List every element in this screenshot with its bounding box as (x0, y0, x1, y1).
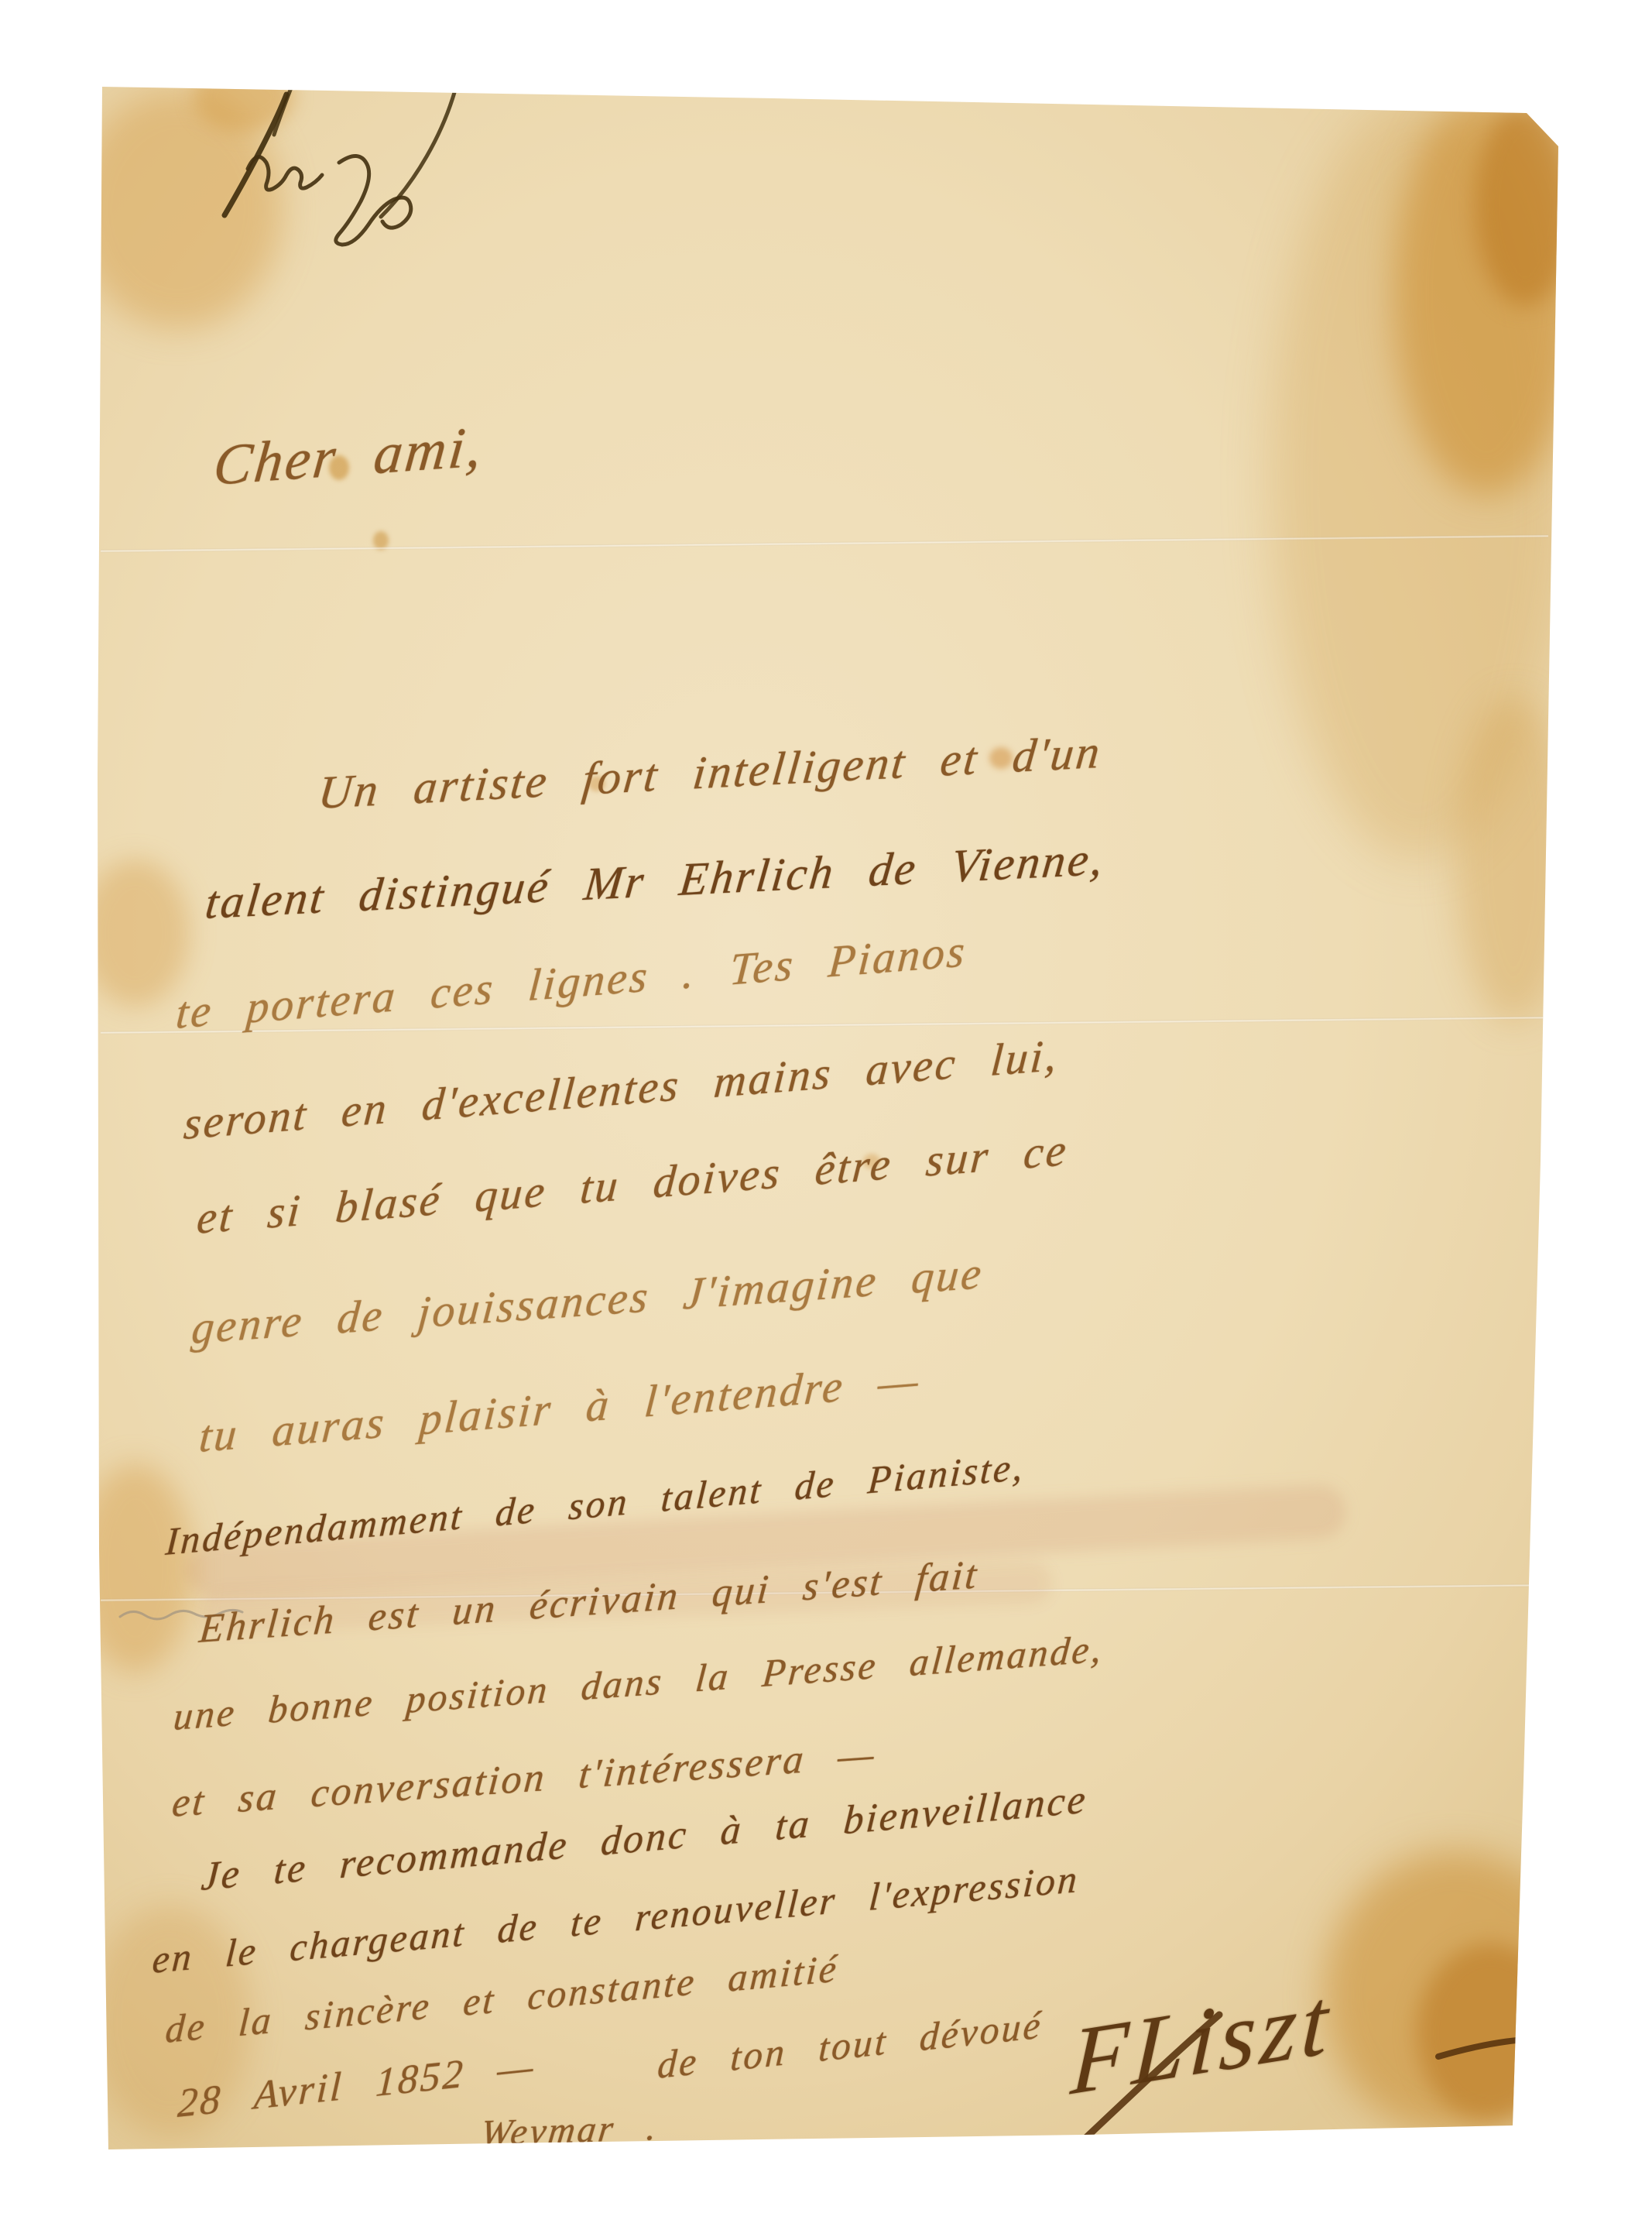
stain-top-right-corner (1475, 105, 1575, 306)
body-line: talent distingué Mr Ehrlich de Vienne, (203, 832, 1108, 930)
docket-ink-marks-icon (93, 39, 464, 294)
fold-crease (101, 534, 1548, 553)
body-line: Un artiste fort intelligent et d'un (316, 726, 1105, 820)
body-line: et si blasé que tu doives être sur ce (195, 1124, 1070, 1244)
stain-left-mid (81, 859, 190, 1007)
date-line: 28 Avril 1852 — (177, 2043, 536, 2127)
stain-left-lower (77, 1463, 194, 1672)
stain-right-mid (1455, 697, 1571, 1022)
signature-flourish-icon (952, 1982, 1618, 2230)
body-line: seront en d'excellentes mains avec lui, (182, 1028, 1061, 1150)
body-line: tu auras plaisir à l'entendre — (197, 1353, 923, 1463)
letter-photograph: Cher ami, Un artiste fort intelligent et… (0, 0, 1652, 2230)
body-line: te portera ces lignes . Tes Pianos (174, 925, 968, 1039)
stain-top-right-wide (1270, 101, 1564, 859)
place-line: Weymar . (478, 2106, 661, 2155)
salutation-line: Cher ami, (211, 414, 487, 499)
stain-top-right-main (1393, 93, 1579, 496)
body-line: genre de jouissances J'imagine que (190, 1247, 985, 1354)
letter-paper: Cher ami, Un artiste fort intelligent et… (0, 0, 1652, 2230)
